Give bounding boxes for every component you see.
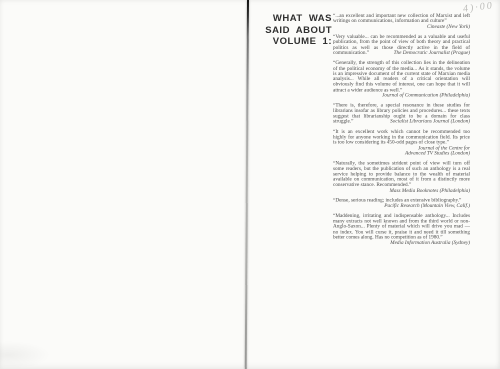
review-quote: “Maddening, irritating and indispensable… bbox=[333, 213, 470, 246]
quote-text: “Dense, serious reading; includes an ext… bbox=[333, 198, 461, 203]
page-heading: WHAT WAS SAID ABOUT VOLUME 1: bbox=[252, 13, 332, 48]
quote-citation: Journal of Communication (Philadelphia) bbox=[377, 93, 470, 98]
review-quotes-column: “...an excellent and important new colle… bbox=[333, 13, 470, 250]
review-quote: “There is, therefore, a special resonanc… bbox=[333, 103, 470, 125]
review-quote: “Very valuable... can be recommended as … bbox=[333, 34, 470, 56]
quote-text: “Maddening, irritating and indispensable… bbox=[333, 213, 470, 240]
quote-citation: Media Information Australia (Sydney) bbox=[385, 240, 470, 245]
quote-text: “Naturally, the sometimes strident point… bbox=[333, 161, 470, 188]
quote-citation: Journal of the Centre for Advanced TV St… bbox=[400, 145, 470, 156]
quote-citation: Mass Media Booknotes (Philadelphia) bbox=[384, 188, 470, 193]
quote-text: “Generally, the strength of this collect… bbox=[333, 60, 470, 92]
page-heading-line: WHAT WAS bbox=[252, 13, 332, 25]
book-scan-spread: 4)·00 WHAT WAS SAID ABOUT VOLUME 1: “...… bbox=[0, 0, 500, 369]
review-quote: “It is an excellent work which cannot be… bbox=[333, 129, 470, 156]
left-page-blank bbox=[0, 0, 247, 369]
quote-citation: Socialist Librarians Journal (London) bbox=[385, 119, 470, 124]
page-heading-line: VOLUME 1: bbox=[252, 36, 332, 48]
review-quote: “...an excellent and important new colle… bbox=[333, 13, 470, 29]
review-quote: “Dense, serious reading; includes an ext… bbox=[333, 198, 470, 209]
right-page: 4)·00 WHAT WAS SAID ABOUT VOLUME 1: “...… bbox=[250, 0, 500, 369]
quote-citation: Pacific Research (Mountain View, Calif.) bbox=[379, 203, 470, 208]
quote-citation: Cineaste (New York) bbox=[422, 24, 470, 29]
review-quote: “Generally, the strength of this collect… bbox=[333, 60, 470, 98]
quote-text: “...an excellent and important new colle… bbox=[333, 13, 470, 24]
quote-citation: The Democratic Journalist (Prague) bbox=[388, 50, 470, 55]
quote-text: “It is an excellent work which cannot be… bbox=[333, 129, 470, 145]
page-heading-line: SAID ABOUT bbox=[252, 25, 332, 37]
review-quote: “Naturally, the sometimes strident point… bbox=[333, 161, 470, 194]
